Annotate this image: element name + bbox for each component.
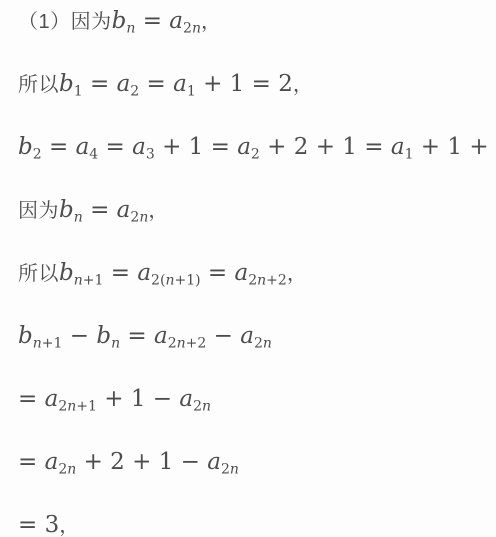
math-text: + 1 = 2 [196, 71, 293, 97]
math-text: a [235, 260, 249, 286]
math-line: 所以b1 = a2 = a1 + 1 = 2， [18, 71, 494, 97]
math-subscript: 2n [254, 335, 272, 351]
math-subscript: 2 [33, 146, 42, 162]
math-text: = [103, 260, 137, 286]
math-text: a [132, 134, 146, 160]
math-text: + 1 + 2 + 1 = 5 [413, 134, 496, 160]
cjk-text: 因为 [18, 200, 59, 222]
math-text: a [207, 449, 221, 475]
math-text: b [59, 71, 74, 97]
solution-lines: （1）因为bn = a2n，所以b1 = a2 = a1 + 1 = 2，b2 … [18, 8, 494, 537]
math-line: 所以bn+1 = a2(n+1) = a2n+2， [18, 260, 494, 286]
math-subscript: n [111, 335, 120, 351]
math-subscript: 2n [193, 398, 211, 414]
math-text: = [42, 134, 76, 160]
math-text: a [169, 8, 183, 34]
math-subscript: 2n+2 [168, 335, 207, 351]
math-text: + 1 − [97, 386, 179, 412]
math-text: a [237, 134, 251, 160]
math-subscript: 1 [187, 83, 196, 99]
math-subscript: 1 [74, 83, 83, 99]
cjk-text: 所以 [18, 74, 59, 96]
math-subscript: 2 [130, 83, 139, 99]
math-text: b [59, 260, 74, 286]
math-text: = [120, 323, 154, 349]
math-text: b [18, 134, 33, 160]
math-line: （1）因为bn = a2n， [18, 8, 494, 34]
math-text: a [45, 386, 59, 412]
cjk-text: ， [148, 200, 169, 222]
math-text: = [83, 197, 117, 223]
math-text: b [18, 323, 33, 349]
math-subscript: 2(n+1) [151, 272, 201, 288]
math-line: = 3， [18, 512, 494, 537]
math-text: a [154, 323, 168, 349]
math-text: a [173, 71, 187, 97]
math-text: b [59, 197, 74, 223]
cjk-text: ， [287, 263, 308, 285]
math-text: + 2 + 1 − [76, 449, 207, 475]
math-line: b2 = a4 = a3 + 1 = a2 + 2 + 1 = a1 + 1 +… [18, 134, 494, 160]
math-text: = 3 [18, 512, 59, 537]
math-line: = a2n+1 + 1 − a2n [18, 386, 494, 412]
math-text: a [76, 134, 90, 160]
math-line: bn+1 − bn = a2n+2 − a2n [18, 323, 494, 349]
math-subscript: 2n+1 [58, 398, 97, 414]
math-text: − [206, 323, 240, 349]
math-subscript: n+1 [33, 335, 63, 351]
math-text: a [391, 134, 405, 160]
math-subscript: 2n [221, 461, 239, 477]
math-subscript: 2n+2 [248, 272, 287, 288]
math-text: = [139, 71, 173, 97]
cjk-text: 所以 [18, 263, 59, 285]
math-text: = [135, 8, 169, 34]
math-subscript: n+1 [74, 272, 104, 288]
cjk-text: （1）因为 [18, 11, 112, 33]
math-subscript: 3 [146, 146, 155, 162]
cjk-text: ， [293, 74, 314, 96]
math-text: a [240, 323, 254, 349]
cjk-text: ， [201, 11, 222, 33]
math-text: a [45, 449, 59, 475]
math-text: = [98, 134, 132, 160]
math-text: a [117, 197, 131, 223]
math-subscript: n [74, 209, 83, 225]
math-text: b [112, 8, 127, 34]
math-subscript: 2n [183, 20, 201, 36]
math-subscript: 4 [89, 146, 98, 162]
document-page: （1）因为bn = a2n，所以b1 = a2 = a1 + 1 = 2，b2 … [0, 0, 496, 537]
math-text: − [62, 323, 96, 349]
math-subscript: 2n [130, 209, 148, 225]
math-subscript: 2n [58, 461, 76, 477]
math-line: 因为bn = a2n， [18, 197, 494, 223]
math-text: + 2 + 1 = [260, 134, 391, 160]
math-subscript: 2 [251, 146, 260, 162]
math-text: + 1 = [155, 134, 237, 160]
math-text: b [96, 323, 111, 349]
math-text: a [117, 71, 131, 97]
cjk-text: ， [59, 515, 80, 537]
math-text: = [18, 386, 45, 412]
math-text: a [179, 386, 193, 412]
math-line: = a2n + 2 + 1 − a2n [18, 449, 494, 475]
math-text: = [83, 71, 117, 97]
math-text: = [18, 449, 45, 475]
math-text: a [137, 260, 151, 286]
math-text: = [201, 260, 235, 286]
